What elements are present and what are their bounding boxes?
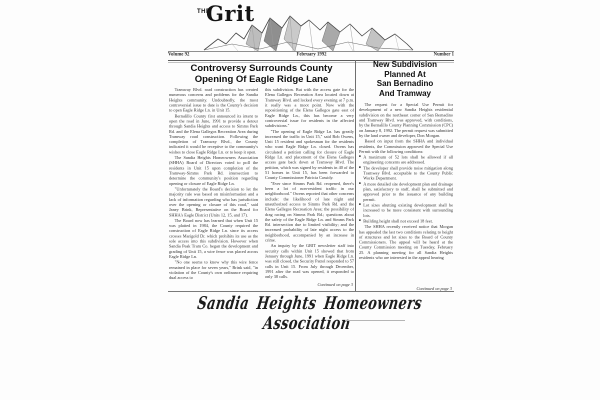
condition-item: ■ Lot sizes abutting existing developmen… bbox=[359, 202, 453, 217]
article-paragraph: The SHHA recently received notice that M… bbox=[359, 224, 453, 260]
article-paragraph: "The opening of Eagle Ridge Ln. has grea… bbox=[265, 129, 354, 181]
article-paragraph: An inquiry by the GRIT newsletter staff … bbox=[265, 243, 354, 279]
column-divider-rule bbox=[355, 60, 356, 291]
bullet-square-icon: ■ bbox=[359, 165, 361, 169]
article-paragraph: Bernalillo County first announced its in… bbox=[169, 113, 258, 154]
headline-line: Opening Of Eagle Ridge Lane bbox=[168, 74, 355, 85]
headline-line: New Subdivision bbox=[357, 60, 453, 70]
condition-text: Building height shall not exceed 18 feet… bbox=[363, 218, 433, 223]
bullet-square-icon: ■ bbox=[359, 155, 361, 159]
mountain-range-illustration bbox=[202, 11, 414, 52]
article-paragraph: Based on input from the SHHA and individ… bbox=[359, 139, 453, 154]
article2-conditions-list: ■ A maximum of 52 lots shall be allowed … bbox=[359, 155, 453, 224]
headline-line: Controversy Surrounds County bbox=[168, 63, 355, 74]
headline-line: And Tramway bbox=[357, 89, 453, 99]
condition-text: A more detailed site development plan an… bbox=[363, 181, 453, 201]
article-paragraph: "Ever since Simms Park Rd. reopened, the… bbox=[265, 181, 354, 243]
headline-line: Planned At bbox=[357, 70, 453, 80]
article2-column: The request for a Special Use Permit for… bbox=[359, 102, 453, 291]
signature-underline bbox=[345, 320, 405, 321]
article2-headline: New SubdivisionPlanned AtSan BernadinoAn… bbox=[357, 60, 453, 98]
bullet-square-icon: ■ bbox=[359, 202, 361, 206]
footer-rule bbox=[168, 291, 454, 292]
article1-headline: Controversy Surrounds CountyOpening Of E… bbox=[168, 63, 355, 85]
condition-item: ■ A maximum of 52 lots shall be allowed … bbox=[359, 155, 453, 165]
condition-text: Lot sizes abutting existing development … bbox=[363, 202, 453, 217]
article-paragraph: The Sandia Heights Homeowners Associatio… bbox=[169, 155, 258, 186]
article-paragraph: The Board now has learned that when Unit… bbox=[169, 218, 258, 259]
article-paragraph: Tramway Blvd. road construction has crea… bbox=[169, 87, 258, 113]
article2-intro: The request for a Special Use Permit for… bbox=[359, 102, 453, 154]
condition-item: ■ A more detailed site development plan … bbox=[359, 181, 453, 202]
article-paragraph: this subdivision. But with the access ga… bbox=[265, 87, 354, 128]
newsletter-page: THE Grit Volume 92 February 1992 Number … bbox=[0, 0, 600, 400]
volume-label: Volume 92 bbox=[168, 52, 189, 57]
article-paragraph: The request for a Special Use Permit for… bbox=[359, 102, 453, 138]
association-signature-script: Sandia Heights Homeowners Association bbox=[162, 294, 454, 335]
article1-continued-notice: Continued on page 3 bbox=[265, 282, 353, 287]
condition-text: The developer shall provide noise mitiga… bbox=[363, 165, 453, 180]
issue-info-line: Volume 92 February 1992 Number 1 bbox=[168, 52, 454, 57]
number-label: Number 1 bbox=[434, 52, 454, 57]
article-paragraph: "No one seems to know why this wire fenc… bbox=[169, 260, 258, 281]
condition-item: ■ Building height shall not exceed 18 fe… bbox=[359, 218, 453, 223]
article2-closing: The SHHA recently received notice that M… bbox=[359, 224, 453, 260]
headline-line: San Bernadino bbox=[357, 79, 453, 89]
bullet-square-icon: ■ bbox=[359, 218, 361, 222]
condition-item: ■ The developer shall provide noise miti… bbox=[359, 165, 453, 180]
issue-date: February 1992 bbox=[297, 52, 327, 57]
bullet-square-icon: ■ bbox=[359, 181, 361, 185]
article-paragraph: "Unfortunately the Board's decision to l… bbox=[169, 186, 258, 217]
article1-column-1: Tramway Blvd. road construction has crea… bbox=[169, 87, 258, 291]
article1-column-2: this subdivision. But with the access ga… bbox=[265, 87, 354, 291]
condition-text: A maximum of 52 lots shall be allowed if… bbox=[363, 155, 453, 165]
